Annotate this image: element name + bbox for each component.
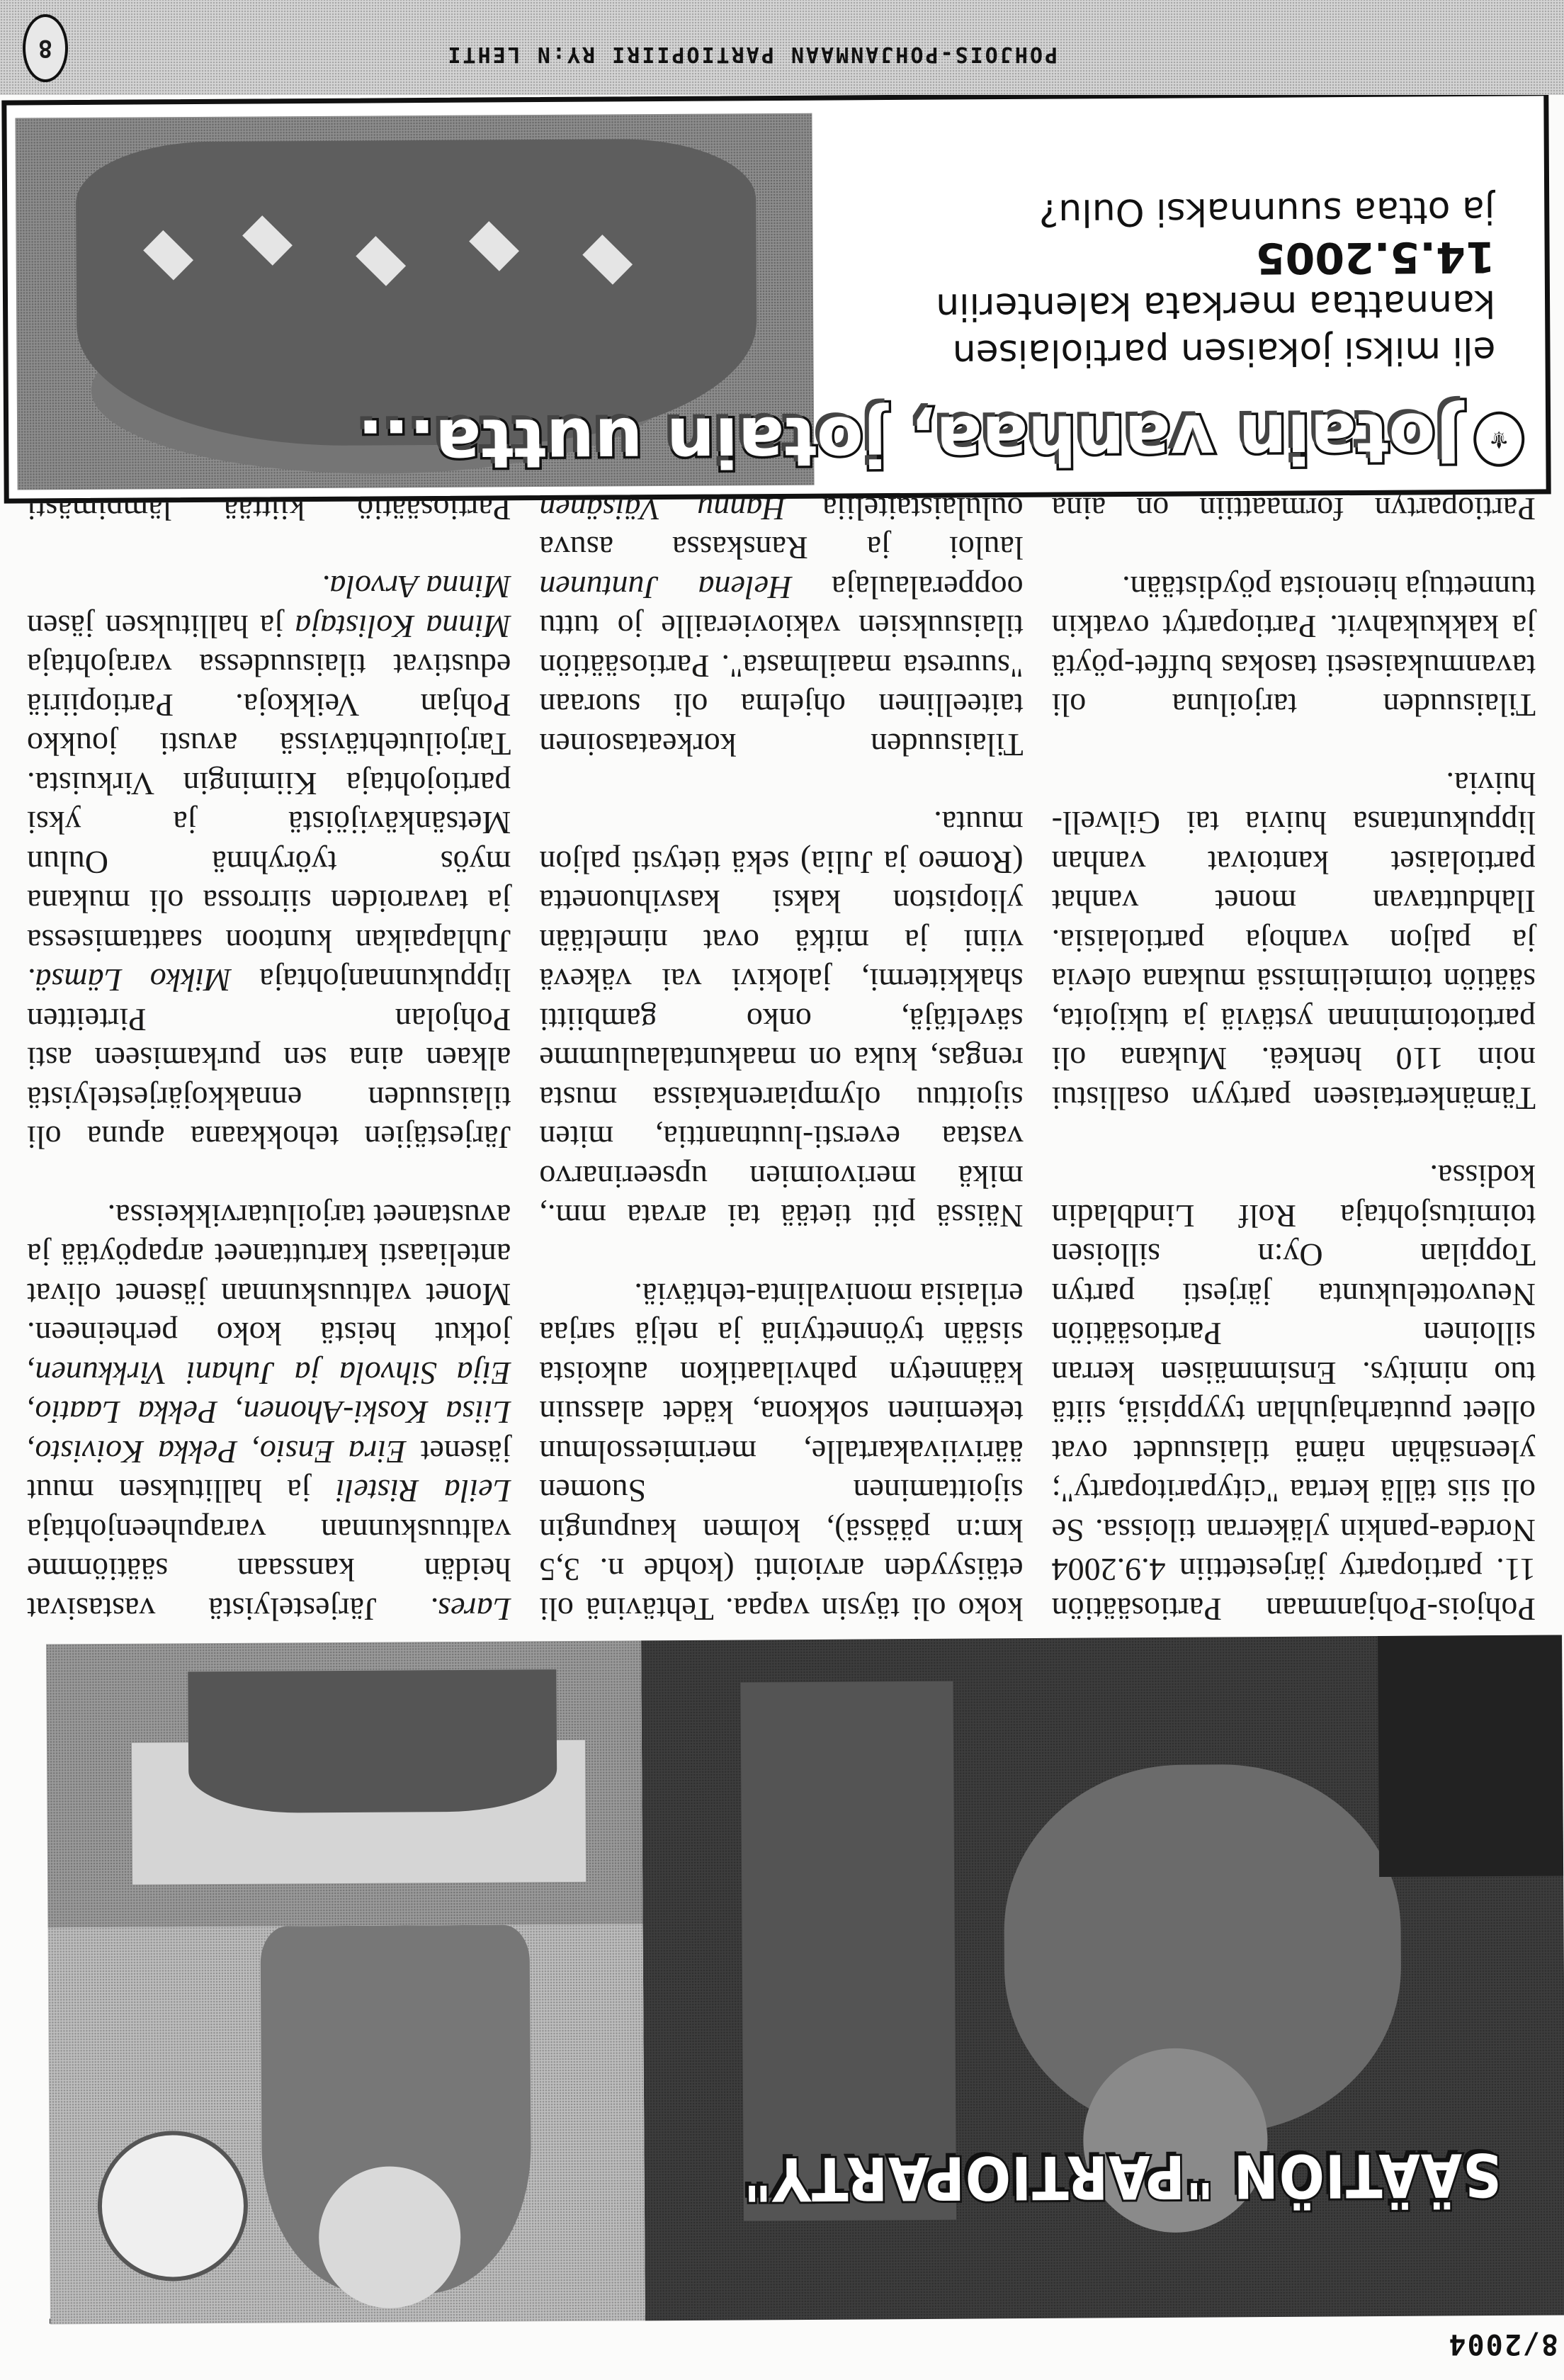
article-paragraph: Lares. Järjestelyistä vastasivat heidän … bbox=[27, 1197, 511, 1630]
article-paragraph: Tämänkertaiseen partyyn osallistui noin … bbox=[1052, 765, 1536, 1119]
photo-guests-main bbox=[641, 1635, 1564, 2320]
event-date: 14.5.2005 bbox=[786, 233, 1495, 284]
announcement-title: Jotain vanhaa, jotain uutta... bbox=[358, 397, 1461, 484]
event-announcement-box: ⚜ Jotain vanhaa, jotain uutta... eli mik… bbox=[1, 91, 1551, 503]
article-title: SÄÄTIÖN "PARTIOPARTY" bbox=[743, 2140, 1502, 2214]
magazine-page: 8/2004 SÄÄTIÖN "PARTIOPARTY" Pohjois-Poh… bbox=[0, 0, 1564, 2380]
masthead-band: POHJOIS-POHJANMAAN PARTIOPIIRI RY:N LEHT… bbox=[0, 0, 1564, 95]
page-number: 8 bbox=[23, 14, 68, 82]
article-paragraph: koko oli täysin vapaa. Tehtävinä oli etä… bbox=[539, 1275, 1023, 1630]
column-3: Lares. Järjestelyistä vastasivat heidän … bbox=[27, 502, 511, 1629]
announcement-line: eli miksi jokaisen partiolaisen bbox=[787, 327, 1495, 378]
photo-collage: SÄÄTIÖN "PARTIOPARTY" bbox=[46, 1635, 1564, 2324]
column-2: koko oli täysin vapaa. Tehtävinä oli etä… bbox=[539, 502, 1023, 1629]
announcement-text: eli miksi jokaisen partiolaisen kannatta… bbox=[786, 186, 1496, 378]
article-paragraph: Näissä piti tietää tai arvata mm., mikä … bbox=[539, 803, 1023, 1236]
photo-host-with-plate bbox=[48, 1924, 645, 2324]
scout-emblem-icon: ⚜ bbox=[1473, 412, 1524, 467]
publication-title: POHJOIS-POHJANMAAN PARTIOPIIRI RY:N LEHT… bbox=[446, 42, 1058, 67]
column-1: Pohjois-Pohjanmaan Partiosäätiön 11. par… bbox=[1052, 502, 1536, 1629]
issue-bar: 8/2004 bbox=[0, 2318, 1564, 2360]
article-paragraph: Tilaisuuden tarjoiluna oli tavanmukaises… bbox=[1052, 568, 1536, 726]
photo-buffet-room bbox=[46, 1640, 642, 1927]
issue-label: 8/2004 bbox=[1448, 2328, 1559, 2360]
article-body: Pohjois-Pohjanmaan Partiosäätiön 11. par… bbox=[27, 502, 1536, 1629]
article-paragraph: Pohjois-Pohjanmaan Partiosäätiön 11. par… bbox=[1052, 1157, 1536, 1629]
announcement-line: kannattaa merkata kalenteriin bbox=[787, 280, 1495, 331]
article-paragraph: Järjestäjien tehokkaana apuna oli tilais… bbox=[27, 568, 511, 1158]
announcement-closing: ja ottaa suunnaksi Oulu? bbox=[786, 186, 1495, 237]
announcement-text-area: ⚜ Jotain vanhaa, jotain uutta... eli mik… bbox=[743, 111, 1524, 478]
